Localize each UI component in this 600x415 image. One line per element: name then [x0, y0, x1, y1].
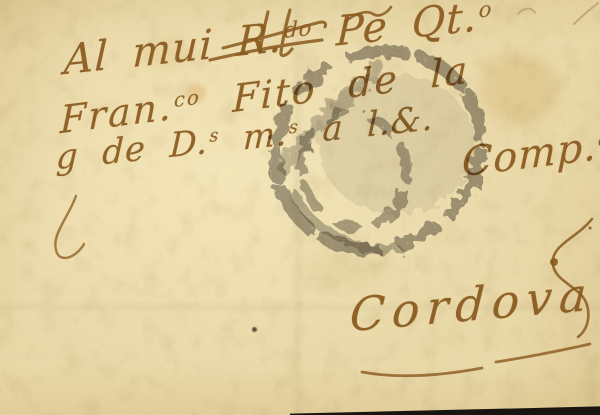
paper-stain: [300, 248, 390, 288]
handwriting-segment: Comp.: [462, 123, 598, 186]
superscript-abbreviation: s: [209, 126, 220, 147]
paper-stain: [480, 55, 560, 125]
handwriting-segment: Cordova: [349, 266, 595, 342]
superscript-abbreviation: o: [478, 0, 493, 23]
address-line-2-continued: Comp.a: [462, 121, 600, 186]
handwriting-segment: m.: [219, 113, 289, 161]
superscript-abbreviation: do: [284, 16, 313, 44]
descender-flourish: [46, 192, 106, 277]
superscript-abbreviation: co: [174, 85, 201, 112]
paper-fold-crease-vertical: [290, 0, 306, 415]
corner-ink-marks: [512, 0, 600, 30]
letter-cover: Al mui R.do Pe Qt.o Fran.co Fito de la C…: [0, 0, 600, 415]
destination-name: Cordova: [349, 266, 595, 342]
ink-speck: [252, 327, 257, 332]
superscript-abbreviation: s: [289, 117, 300, 138]
scan-edge-shadow: [290, 404, 600, 415]
